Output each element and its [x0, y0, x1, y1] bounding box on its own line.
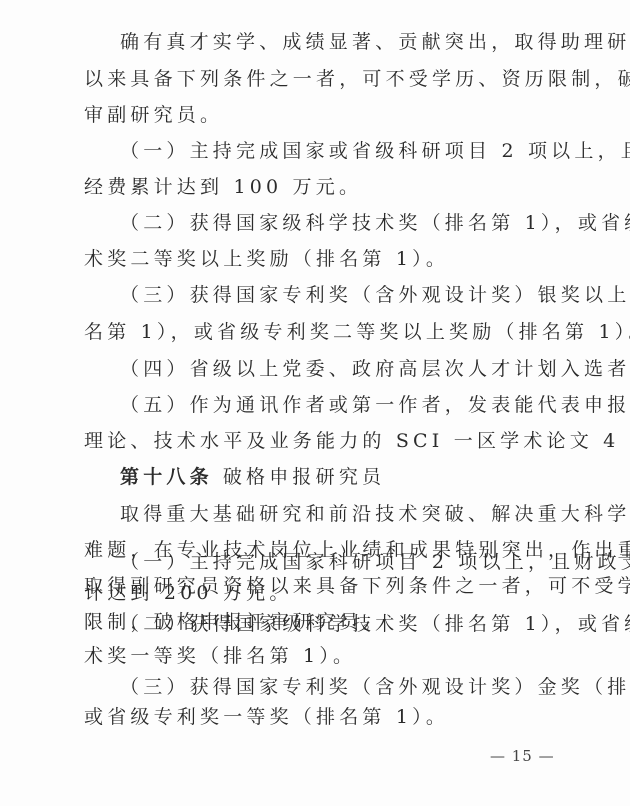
- list-item-line: （五）作为通讯作者或第一作者，发表能代表申报人员专业: [120, 393, 568, 417]
- list-item-line: 计达到 200 万元。: [84, 581, 568, 605]
- list-item-line: （三）获得国家专利奖（含外观设计奖）金奖（排名第 1），: [120, 675, 568, 699]
- paragraph-line: 审副研究员。: [84, 103, 568, 127]
- article-heading: 第十八条破格申报研究员: [120, 465, 568, 489]
- list-item-line: （二）获得国家级科学技术奖（排名第 1），或省级科学技: [120, 612, 568, 636]
- list-item-line: 理论、技术水平及业务能力的 SCI 一区学术论文 4 篇以上。: [84, 429, 568, 453]
- list-item-line: 经费累计达到 100 万元。: [84, 175, 568, 199]
- paragraph-line: 取得重大基础研究和前沿技术突破、解决重大科学技术研究: [120, 502, 568, 526]
- list-item-line: （四）省级以上党委、政府高层次人才计划入选者。: [120, 357, 568, 381]
- list-item-line: （三）获得国家专利奖（含外观设计奖）银奖以上奖励（排: [120, 283, 568, 307]
- list-item-line: 术奖二等奖以上奖励（排名第 1）。: [84, 247, 568, 271]
- list-item-line: 或省级专利奖一等奖（排名第 1）。: [84, 705, 568, 729]
- article-title: 破格申报研究员: [223, 466, 385, 488]
- page-number: — 15 —: [490, 747, 555, 765]
- paragraph-line: 确有真才实学、成绩显著、贡献突出，取得助理研究员资格: [120, 30, 568, 54]
- paragraph-line: 以来具备下列条件之一者，可不受学历、资历限制，破格申报评: [84, 67, 568, 91]
- list-item-line: （一）主持完成国家科研项目 2 项以上，且财政支持经费累: [120, 550, 568, 574]
- list-item-line: （二）获得国家级科学技术奖（排名第 1），或省级科学技: [120, 211, 568, 235]
- article-number: 第十八条: [120, 466, 213, 488]
- list-item-line: 名第 1），或省级专利奖二等奖以上奖励（排名第 1）。: [84, 320, 568, 344]
- list-item-line: （一）主持完成国家或省级科研项目 2 项以上，且财政支持: [120, 139, 568, 163]
- list-item-line: 术奖一等奖（排名第 1）。: [84, 644, 568, 668]
